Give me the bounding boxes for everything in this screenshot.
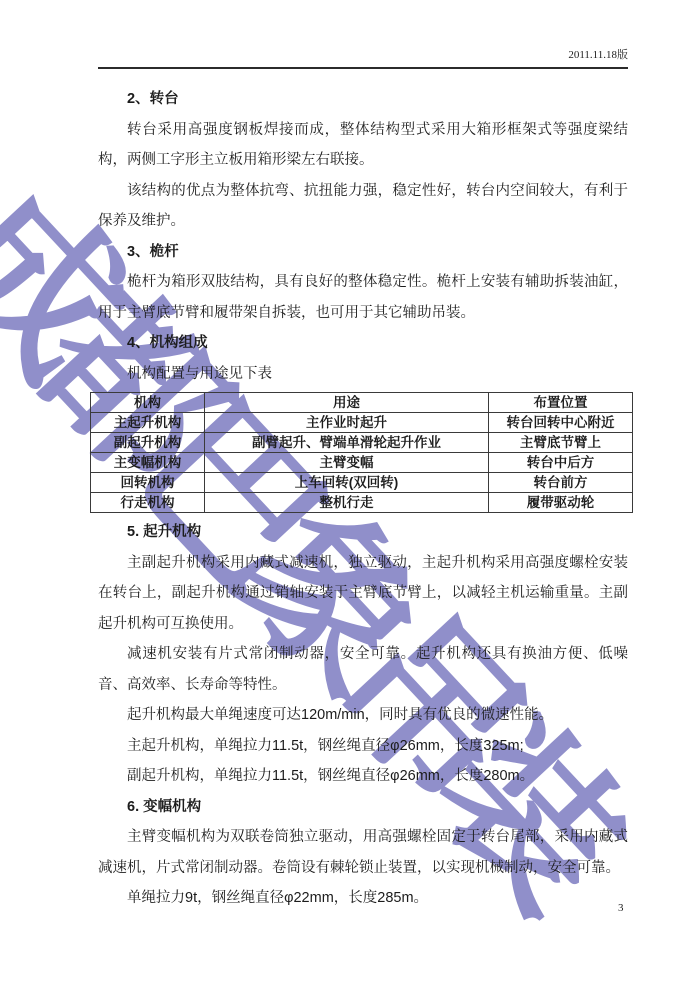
paragraph-hoisting-brake: 减速机安装有片式常闭制动器，安全可靠。起升机构还具有换油方便、低噪音、高效率、长… [98,639,628,700]
mechanism-table: 机构 用途 布置位置 主起升机构 主作业时起升 转台回转中心附近 副起升机构 副… [90,392,633,513]
cell-mechanism: 主变幅机构 [91,453,205,473]
header-rule [98,67,628,69]
paragraph-table-intro: 机构配置与用途见下表 [98,359,628,390]
section-heading-luffing: 6. 变幅机构 [98,792,628,823]
table-row: 行走机构 整机行走 履带驱动轮 [91,493,633,513]
cell-location: 转台回转中心附近 [489,413,633,433]
paragraph-main-hoist-spec: 主起升机构，单绳拉力11.5t，钢丝绳直径φ26mm，长度325m; [98,731,628,762]
section-heading-mast: 3、桅杆 [98,237,628,268]
cell-purpose: 主作业时起升 [205,413,489,433]
table-row: 主起升机构 主作业时起升 转台回转中心附近 [91,413,633,433]
document-content: 2、转台 转台采用高强度钢板焊接而成，整体结构型式采用大箱形框架式等强度梁结构，… [98,84,628,914]
column-header-location: 布置位置 [489,393,633,413]
cell-purpose: 上车回转(双回转) [205,473,489,493]
document-page: 成都巴象吊装 2011.11.18版 2、转台 转台采用高强度钢板焊接而成，整体… [0,0,700,989]
cell-mechanism: 副起升机构 [91,433,205,453]
table-row: 副起升机构 副臂起升、臂端单滑轮起升作业 主臂底节臂上 [91,433,633,453]
mechanism-table-body: 主起升机构 主作业时起升 转台回转中心附近 副起升机构 副臂起升、臂端单滑轮起升… [91,413,633,513]
cell-mechanism: 行走机构 [91,493,205,513]
paragraph-mast: 桅杆为箱形双肢结构，具有良好的整体稳定性。桅杆上安装有辅助拆装油缸，用于主臂底节… [98,267,628,328]
cell-location: 履带驱动轮 [489,493,633,513]
cell-location: 转台前方 [489,473,633,493]
paragraph-hoisting-mounting: 主副起升机构采用内藏式减速机，独立驱动，主起升机构采用高强度螺栓安装在转台上，副… [98,548,628,640]
paragraph-turntable-advantages: 该结构的优点为整体抗弯、抗扭能力强，稳定性好，转台内空间较大，有利于保养及维护。 [98,176,628,237]
version-label: 2011.11.18版 [568,49,628,61]
section-heading-turntable: 2、转台 [98,84,628,115]
cell-purpose: 主臂变幅 [205,453,489,473]
table-header-row: 机构 用途 布置位置 [91,393,633,413]
table-row: 回转机构 上车回转(双回转) 转台前方 [91,473,633,493]
column-header-purpose: 用途 [205,393,489,413]
cell-purpose: 整机行走 [205,493,489,513]
cell-location: 转台中后方 [489,453,633,473]
cell-purpose: 副臂起升、臂端单滑轮起升作业 [205,433,489,453]
page-header: 2011.11.18版 [98,46,628,62]
cell-location: 主臂底节臂上 [489,433,633,453]
section-heading-hoisting: 5. 起升机构 [98,517,628,548]
table-row: 主变幅机构 主臂变幅 转台中后方 [91,453,633,473]
paragraph-luffing-structure: 主臂变幅机构为双联卷筒独立驱动，用高强螺栓固定于转台尾部，采用内藏式减速机，片式… [98,822,628,883]
paragraph-aux-hoist-spec: 副起升机构，单绳拉力11.5t，钢丝绳直径φ26mm，长度280m。 [98,761,628,792]
paragraph-turntable-structure: 转台采用高强度钢板焊接而成，整体结构型式采用大箱形框架式等强度梁结构，两侧工字形… [98,115,628,176]
paragraph-luffing-spec: 单绳拉力9t，钢丝绳直径φ22mm，长度285m。 [98,883,628,914]
page-number: 3 [618,902,624,914]
cell-mechanism: 主起升机构 [91,413,205,433]
mechanism-table-header: 机构 用途 布置位置 [91,393,633,413]
paragraph-hoisting-speed: 起升机构最大单绳速度可达120m/min，同时具有优良的微速性能。 [98,700,628,731]
section-heading-mechanisms: 4、机构组成 [98,328,628,359]
cell-mechanism: 回转机构 [91,473,205,493]
column-header-mechanism: 机构 [91,393,205,413]
